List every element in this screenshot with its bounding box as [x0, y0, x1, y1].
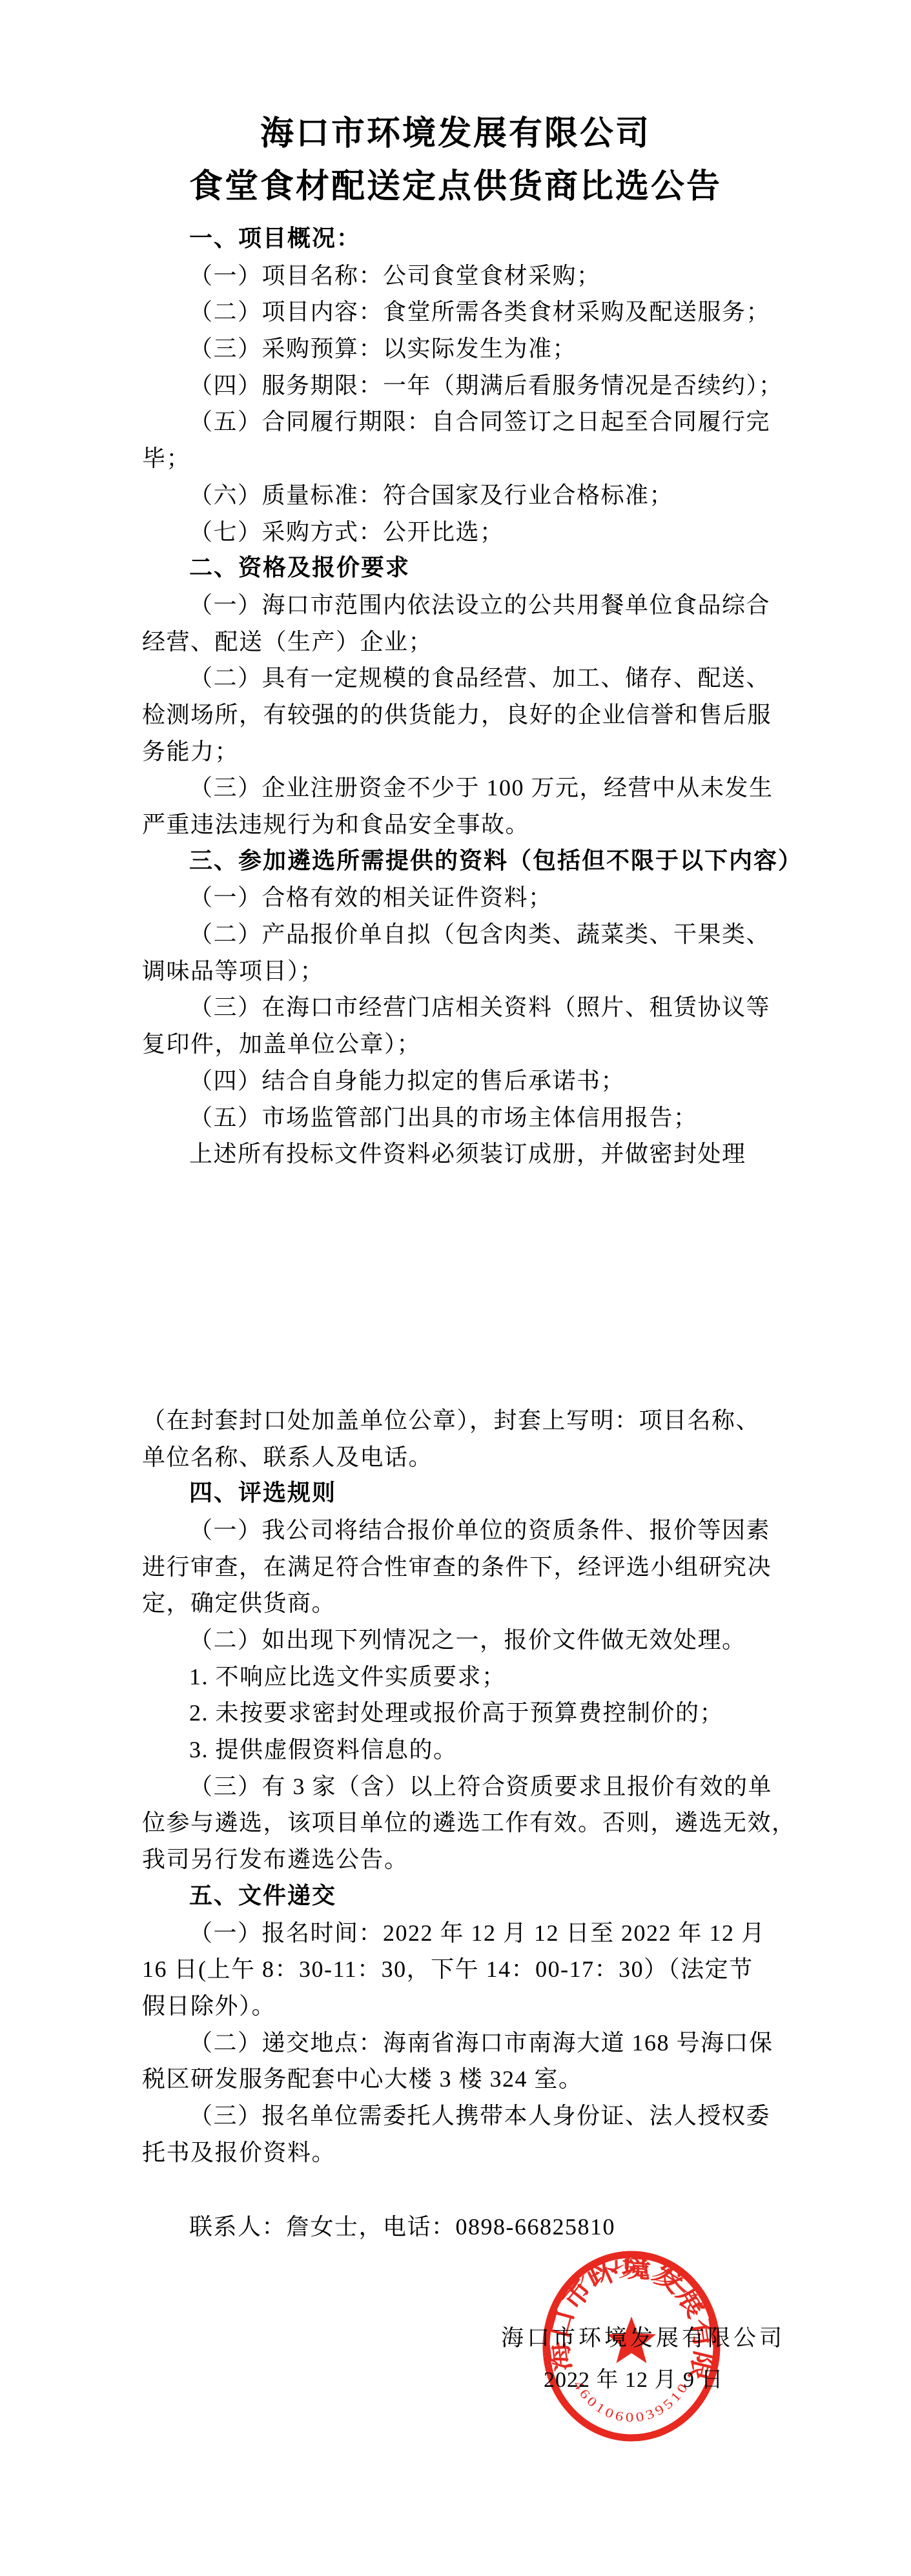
document-line: 经营、配送（生产）企业；: [142, 624, 775, 660]
document-line: （二）递交地点：海南省海口市南海大道 168 号海口保: [142, 2025, 775, 2061]
document-line: 1. 不响应比选文件实质要求；: [142, 1659, 775, 1695]
document-line: （一）我公司将结合报价单位的资质条件、报价等因素: [142, 1512, 775, 1549]
section-heading: 三、参加遴选所需提供的资料（包括但不限于以下内容）: [142, 843, 775, 880]
document-line: （三）报名单位需委托人携带本人身份证、法人授权委: [142, 2098, 775, 2134]
company-seal: 海口市环境发展有限公司 海口市环境发展有限公司 4601060039510: [529, 2240, 733, 2453]
document-line: （四）结合自身能力拟定的售后承诺书；: [142, 1063, 775, 1099]
document-line: 检测场所，有较强的的供货能力，良好的企业信誉和售后服: [142, 697, 775, 733]
section-heading: 一、项目概况：: [142, 221, 775, 258]
section-heading: 五、文件递交: [142, 1878, 775, 1915]
document-line: 我司另行发布遴选公告。: [142, 1841, 775, 1878]
document-line: （一）项目名称：公司食堂食材采购；: [142, 258, 775, 294]
document-line: 定，确定供货商。: [142, 1585, 775, 1622]
document-line: 务能力；: [142, 733, 775, 770]
document-line: （二）具有一定规模的食品经营、加工、储存、配送、: [142, 660, 775, 697]
document-line: 毕；: [142, 440, 775, 477]
document-line: （五）市场监管部门出具的市场主体信用报告；: [142, 1099, 775, 1136]
document-line: 16 日(上午 8：30-11：30，下午 14：00-17：30）（法定节: [142, 1951, 775, 1988]
section-heading: 二、资格及报价要求: [142, 550, 775, 587]
document-line: 上述所有投标文件资料必须装订成册，并做密封处理: [142, 1136, 775, 1172]
seal-star-icon: [607, 2316, 656, 2363]
document-line: 2. 未按要求密封处理或报价高于预算费控制价的；: [142, 1695, 775, 1732]
document-line: 进行审查，在满足符合性审查的条件下，经评选小组研究决: [142, 1549, 775, 1586]
document-line: （二）项目内容：食堂所需各类食材采购及配送服务；: [142, 294, 775, 331]
section-heading: 四、评选规则: [142, 1475, 775, 1512]
document-line: 假日除外）。: [142, 1988, 775, 2025]
document-line: 单位名称、联系人及电话。: [142, 1439, 775, 1476]
document-line: 复印件，加盖单位公章）；: [142, 1026, 775, 1063]
seal-ring-text: 海口市环境发展有限公司: [529, 2240, 720, 2384]
document-line: 托书及报价资料。: [142, 2134, 775, 2171]
document-line: （在封套封口处加盖单位公章），封套上写明：项目名称、: [142, 1402, 775, 1439]
document-line: （三）企业注册资金不少于 100 万元，经营中从未发生: [142, 770, 775, 806]
document-line: 严重违法违规行为和食品安全事故。: [142, 806, 775, 843]
document-line: 位参与遴选，该项目单位的遴选工作有效。否则，遴选无效，: [142, 1804, 775, 1841]
document-line: （三）在海口市经营门店相关资料（照片、租赁协议等: [142, 989, 775, 1026]
document-line: （四）服务期限：一年（期满后看服务情况是否续约）；: [142, 367, 775, 404]
document-title-line-2: 食堂食材配送定点供货商比选公告: [0, 168, 911, 207]
document-line: （七）采购方式：公开比选；: [142, 514, 775, 551]
document-line: （一）海口市范围内依法设立的公共用餐单位食品综合: [142, 587, 775, 624]
document-line: （二）如出现下列情况之一，报价文件做无效处理。: [142, 1622, 775, 1659]
document-line: 调味品等项目）；: [142, 953, 775, 990]
document-line: （五）合同履行期限：自合同签订之日起至合同履行完: [142, 404, 775, 440]
document-line: （二）产品报价单自拟（包含肉类、蔬菜类、干果类、: [142, 916, 775, 953]
document-title-line-1: 海口市环境发展有限公司: [0, 115, 911, 154]
document-line: （六）质量标准：符合国家及行业合格标准；: [142, 477, 775, 514]
seal-code: 4601060039510: [570, 2378, 692, 2425]
document-body: 一、项目概况：（一）项目名称：公司食堂食材采购；（二）项目内容：食堂所需各类食材…: [142, 221, 775, 2245]
document-line: （三）有 3 家（含）以上符合资质要求且报价有效的单: [142, 1768, 775, 1805]
announcement-document: 海口市环境发展有限公司 食堂食材配送定点供货商比选公告 一、项目概况：（一）项目…: [0, 0, 911, 2576]
document-line: 税区研发服务配套中心大楼 3 楼 324 室。: [142, 2061, 775, 2098]
document-line: （一）合格有效的相关证件资料；: [142, 879, 775, 916]
document-line: （三）采购预算：以实际发生为准；: [142, 331, 775, 367]
document-line: （一）报名时间：2022 年 12 月 12 日至 2022 年 12 月: [142, 1915, 775, 1952]
document-line: 3. 提供虚假资料信息的。: [142, 1732, 775, 1768]
